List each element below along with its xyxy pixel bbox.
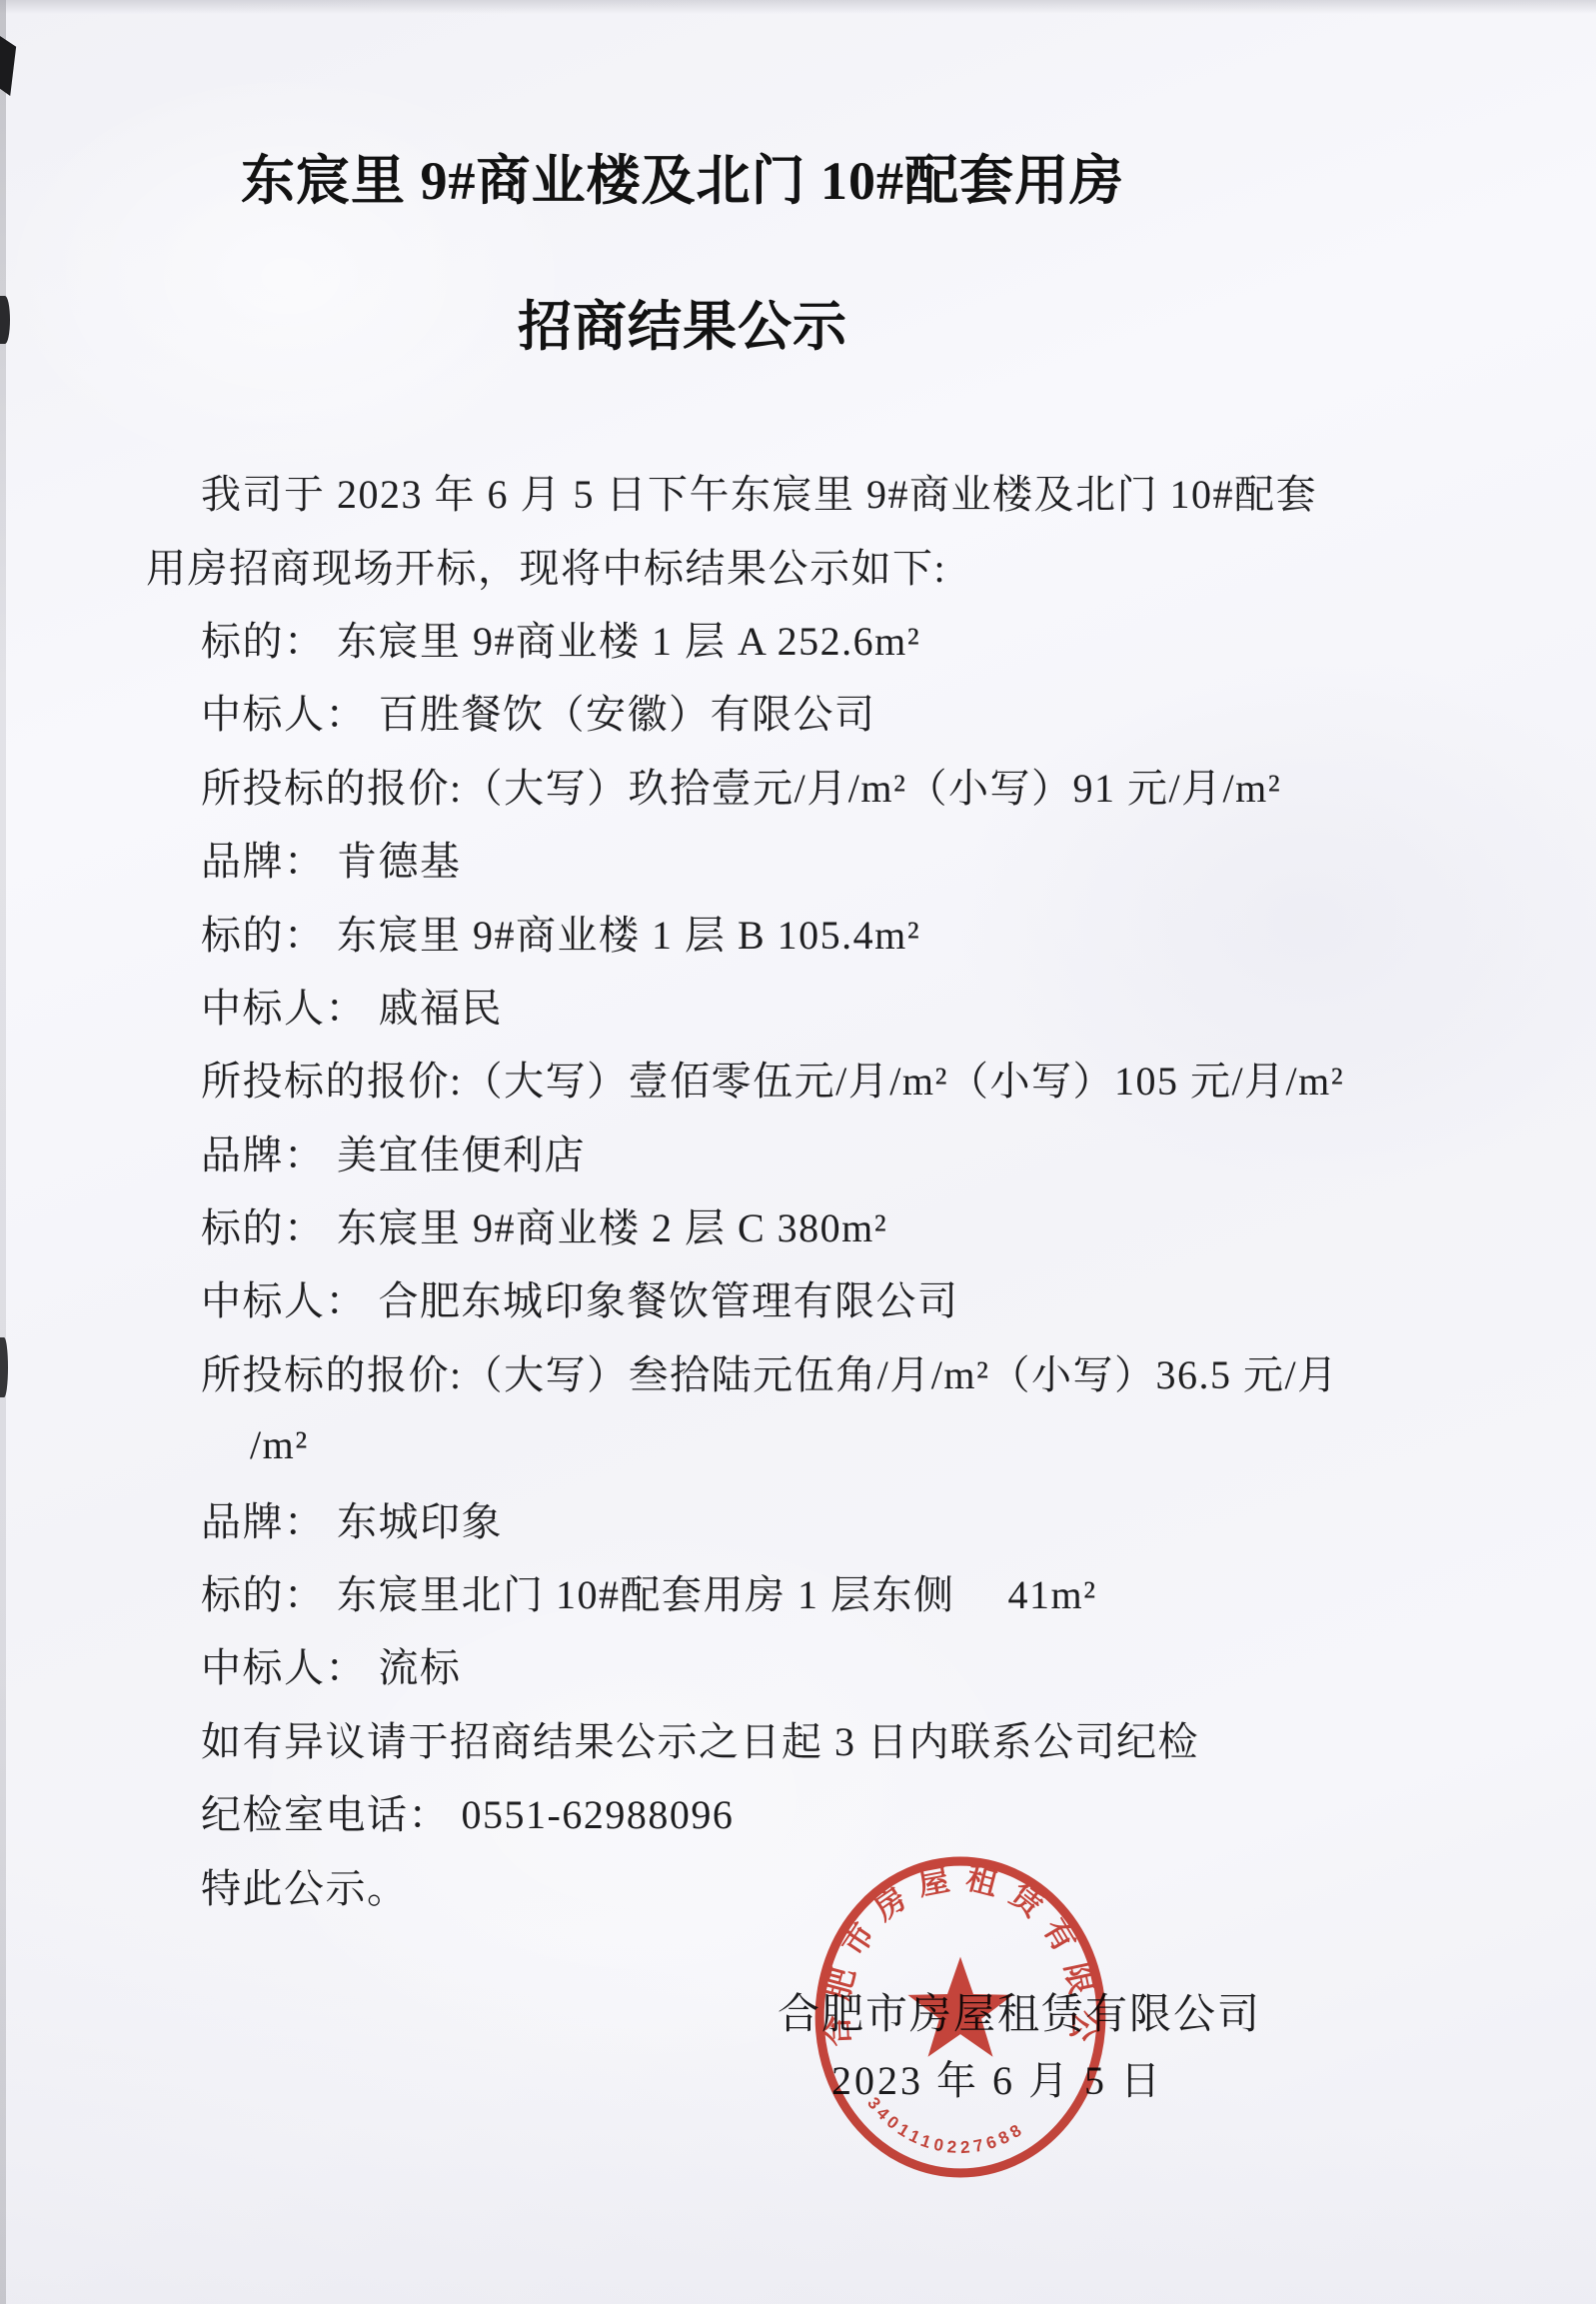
body-line: 用房招商现场开标，现将中标结果公示如下:	[146, 528, 1485, 601]
body-line: 所投标的报价:（大写）玖拾壹元/月/m²（小写）91 元/月/m²	[146, 749, 1485, 822]
body-line: 品牌： 美宜佳便利店	[146, 1116, 1485, 1188]
body-line: /m²	[146, 1408, 1485, 1481]
body-line: 标的： 东宸里 9#商业楼 2 层 C 380m²	[146, 1188, 1485, 1261]
body-line: 中标人： 流标	[146, 1628, 1485, 1701]
body-line: 品牌： 肯德基	[146, 822, 1485, 895]
body-line: 中标人： 戚福民	[146, 969, 1485, 1042]
body-line: 标的： 东宸里 9#商业楼 1 层 A 252.6m²	[146, 602, 1485, 675]
body-line: 我司于 2023 年 6 月 5 日下午东宸里 9#商业楼及北门 10#配套	[146, 455, 1485, 528]
body-line: 所投标的报价:（大写）叁拾陆元伍角/月/m²（小写）36.5 元/月	[146, 1335, 1485, 1408]
scanned-document-page: 东宸里 9#商业楼及北门 10#配套用房 招商结果公示 我司于 2023 年 6…	[0, 0, 1596, 2304]
body-line: 中标人： 合肥东城印象餐饮管理有限公司	[146, 1261, 1485, 1334]
scan-artifact	[0, 1337, 8, 1397]
body-line: 中标人： 百胜餐饮（安徽）有限公司	[146, 675, 1485, 748]
document-title-line1: 东宸里 9#商业楼及北门 10#配套用房	[0, 138, 1365, 215]
body-line: 纪检室电话： 0551-62988096	[146, 1775, 1485, 1848]
body-line: 所投标的报价:（大写）壹佰零伍元/月/m²（小写）105 元/月/m²	[146, 1042, 1485, 1115]
body-line: 标的： 东宸里北门 10#配套用房 1 层东侧 41m²	[146, 1555, 1485, 1628]
document-body: 我司于 2023 年 6 月 5 日下午东宸里 9#商业楼及北门 10#配套 用…	[146, 455, 1485, 1922]
scan-artifact	[0, 36, 17, 96]
official-seal: 合肥市房屋租赁有限公司 3401110227688	[809, 1851, 1111, 2183]
body-line: 如有异议请于招商结果公示之日起 3 日内联系公司纪检	[146, 1702, 1485, 1775]
body-line: 品牌： 东城印象	[146, 1481, 1485, 1554]
seal-star	[907, 1957, 1012, 2057]
scan-top-shadow	[0, 0, 1596, 14]
document-title-line2: 招商结果公示	[0, 284, 1365, 361]
body-line: 标的： 东宸里 9#商业楼 1 层 B 105.4m²	[146, 895, 1485, 968]
